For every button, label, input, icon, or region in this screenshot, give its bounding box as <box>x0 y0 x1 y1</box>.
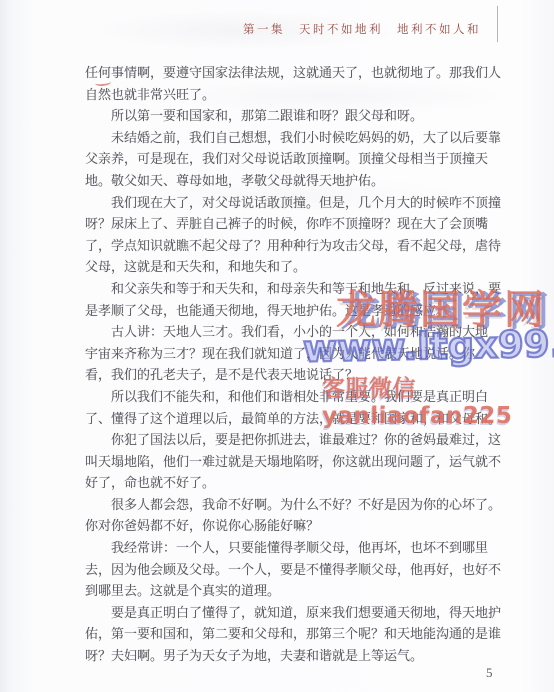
text-line: 你犯了国法以后，要是把你抓进去，谁最难过？你的爸妈最难过，这 <box>85 429 503 451</box>
text-line: 父亲养，可是现在，我们对父母说话敢顶撞啊。顶撞父母相当于顶撞天 <box>85 148 503 170</box>
text-line: 了，学点知识就瞧不起父母了？用种种行为攻击父母，看不起父母，虐待 <box>85 235 503 257</box>
text-line: 你对你爸妈都不好，你说你心肠能好嘛？ <box>85 515 503 537</box>
text-line: 佑，第一要和国和，第二要和父母和，那第三个呢？和天地能沟通的是谁 <box>85 623 503 645</box>
text-line: 古人讲：天地人三才。我们看，小小的一个人，如何和浩瀚的大地 <box>85 321 503 343</box>
text-line: 未结婚之前，我们自己想想，我们小时候吃妈妈的奶，大了以后要靠 <box>85 127 503 149</box>
page-header-title: 第一集 天时不如地利 地利不如人和 <box>0 21 481 37</box>
text-line: 去，因为他会顾及父母。一个人，要是不懂得孝顺父母，他再好，也好不 <box>85 559 503 581</box>
body-text: 任何事情啊，要遵守国家法律法规，这就通天了，也就彻地了。那我们人自然也就非常兴旺… <box>85 62 503 667</box>
text-line: 地。敬父如天、尊母如地，孝敬父母就得天地护佑。 <box>85 170 503 192</box>
text-line: 很多人都会怨，我命不好啊。为什么不好？不好是因为你的心坏了。 <box>85 494 503 516</box>
text-line: 父母，这就是和天失和，和地失和了。 <box>85 256 503 278</box>
page-number: 5 <box>486 665 493 681</box>
text-line: 是孝顺了父母，也能通天彻地，得天地护佑。这是孝道的感应。 <box>85 300 503 322</box>
text-line: 宇宙来齐称为三才？现在我们就知道了，因为人能代表天地说话。你 <box>85 343 503 365</box>
text-line: 我们现在大了，对父母说话敢顶撞。但是，几个月大的时候咋不顶撞 <box>85 192 503 214</box>
text-line: 要是真正明白了懂得了，就知道，原来我们想要通天彻地，得天地护 <box>85 602 503 624</box>
text-line: 到哪里去。这就是个真实的道理。 <box>85 580 503 602</box>
text-line: 呀？夫妇啊。男子为天女子为地，夫妻和谐就是上等运气。 <box>85 645 503 667</box>
text-line: 看，我们的孔老夫子，是不是代表天地说话了？ <box>85 364 503 386</box>
text-line: 自然也就非常兴旺了。 <box>85 84 503 106</box>
text-line: 任何事情啊，要遵守国家法律法规，这就通天了，也就彻地了。那我们人 <box>85 62 503 84</box>
text-line: 我经常讲：一个人，只要能懂得孝顺父母，他再坏，也坏不到哪里 <box>85 537 503 559</box>
text-line: 所以我们不能失和，和他们和谐相处非常重要。我们要是真正明白 <box>85 386 503 408</box>
text-line: 叫天塌地陷，他们一难过就是天塌地陷呀，你这就出现问题了，运气就不 <box>85 451 503 473</box>
text-line: 和父亲失和等于和天失和，和母亲失和等于和地失和。反过来说，要 <box>85 278 503 300</box>
header-divider-line <box>497 6 498 42</box>
text-line: 所以第一要和国家和，那第二跟谁和呀？跟父母和呀。 <box>85 105 503 127</box>
text-line: 好了，命也就不好了。 <box>85 472 503 494</box>
text-line: 呀？尿床上了、弄脏自己裤子的时候，你咋不顶撞呀？现在大了会顶嘴 <box>85 213 503 235</box>
scanned-book-page: 第一集 天时不如地利 地利不如人和 任何事情啊，要遵守国家法律法规，这就通天了，… <box>0 0 554 692</box>
text-line: 了、懂得了这个道理以后，最简单的方法，就是要和国家和，和父母和。 <box>85 408 503 430</box>
